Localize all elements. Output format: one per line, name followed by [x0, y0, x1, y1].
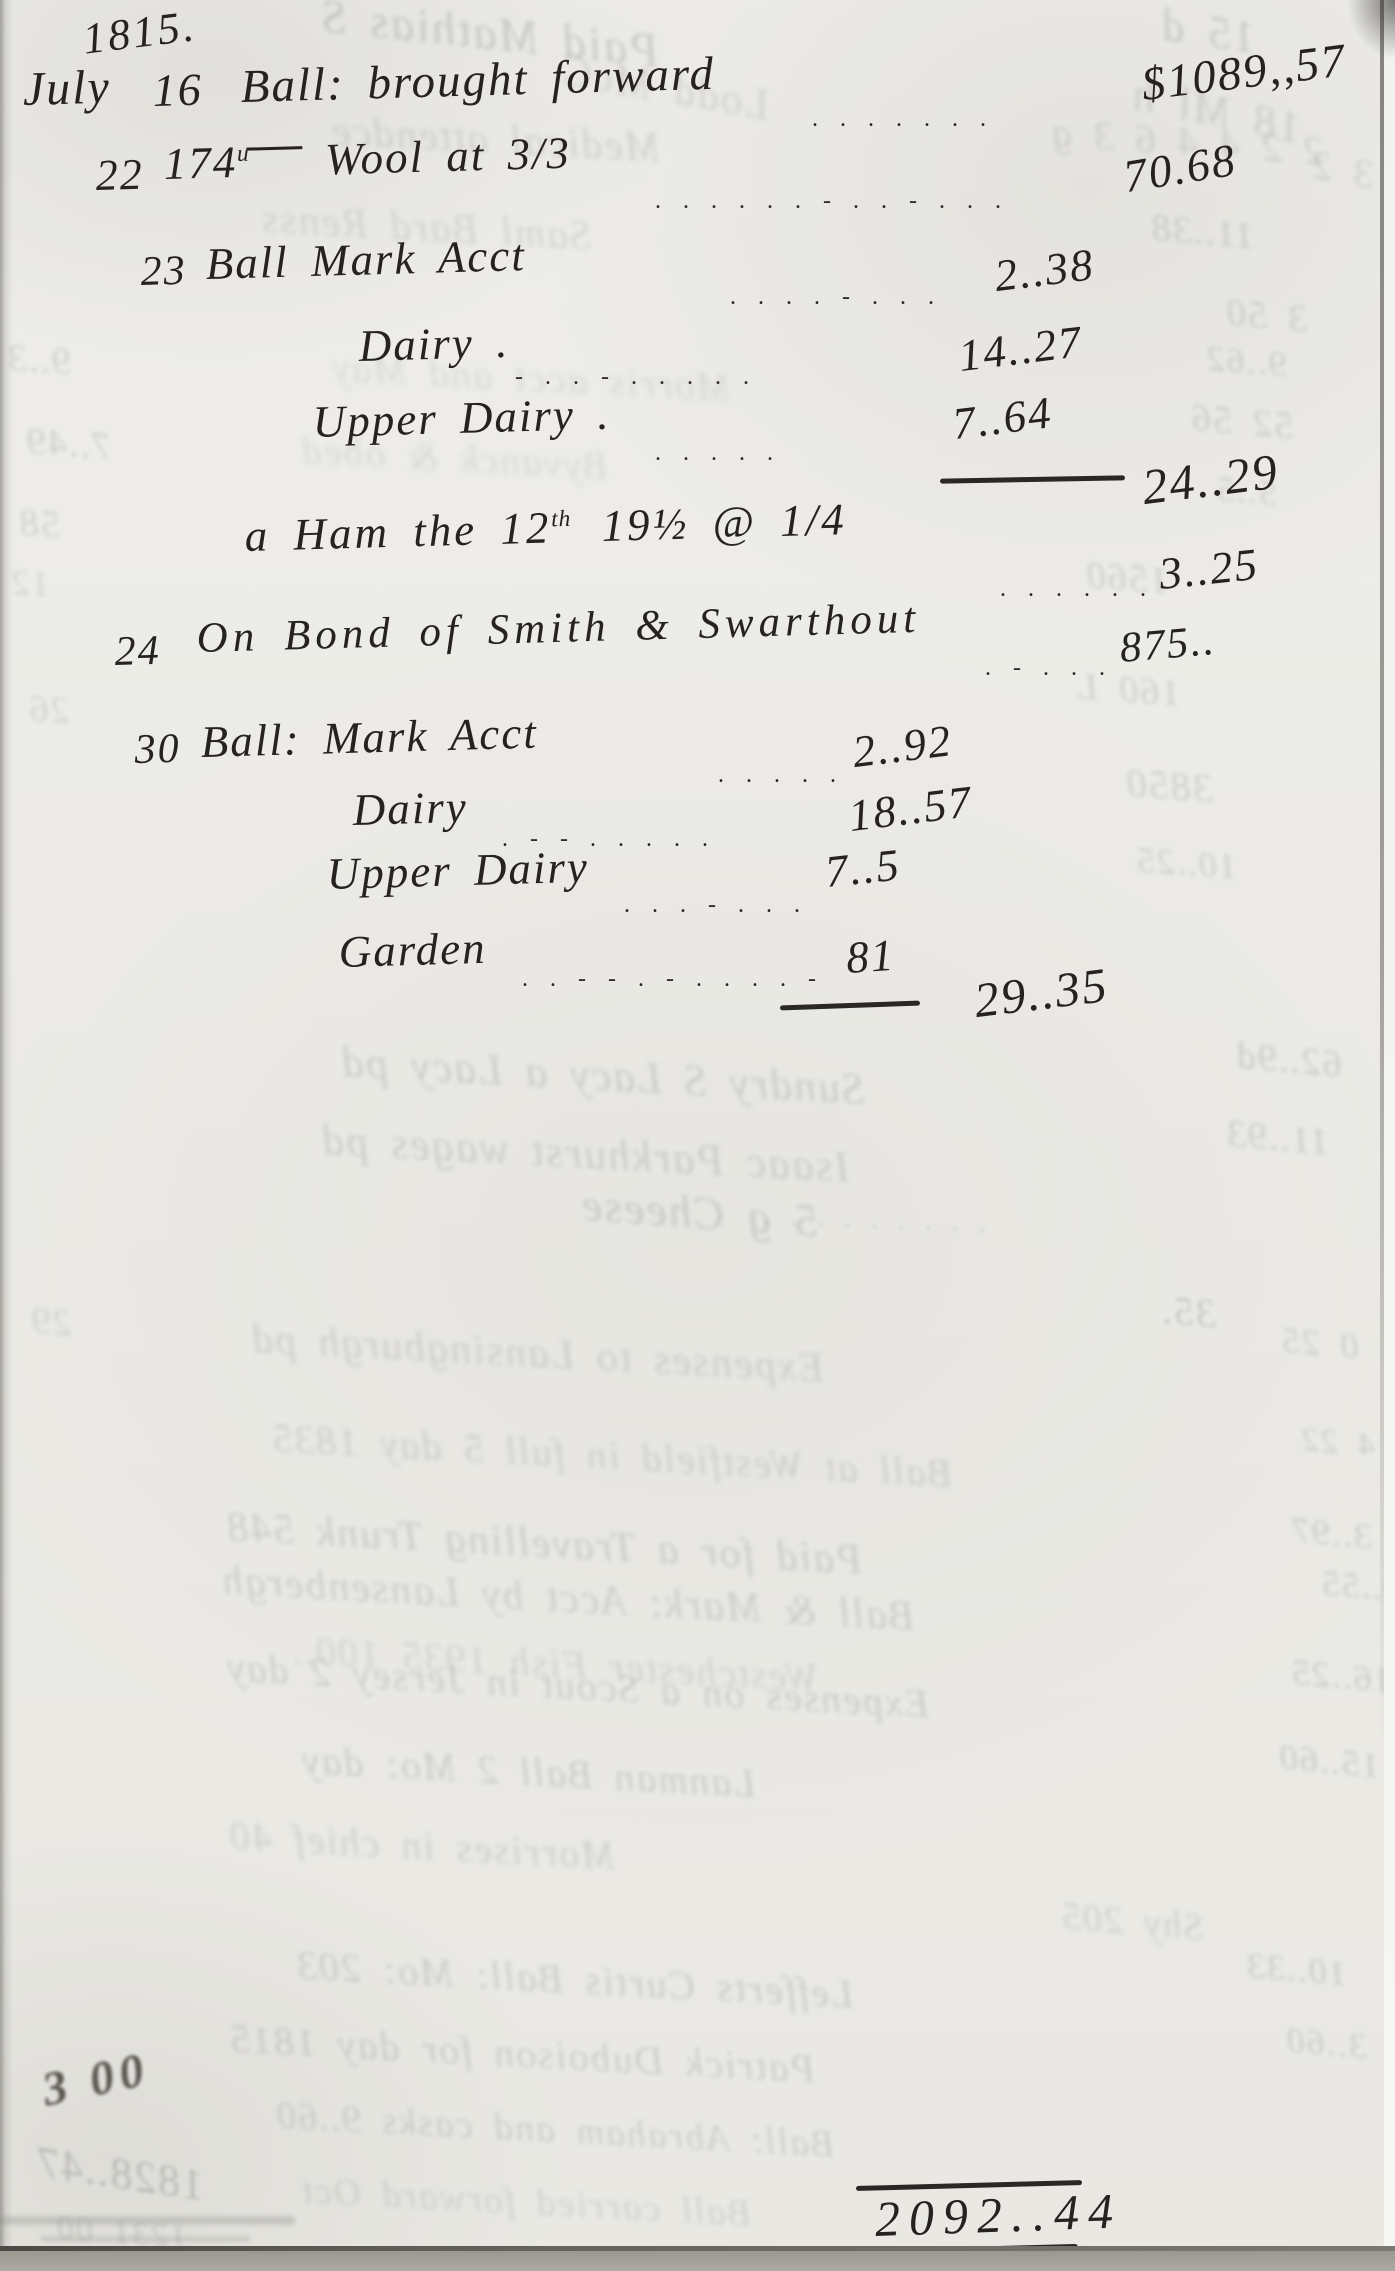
entry-description: On Bond of Smith & Swarthout — [196, 594, 921, 663]
entry-description: Upper Dairy — [326, 841, 590, 900]
entry-description: Upper Dairy . — [312, 388, 611, 448]
entry-description: 174u Wool at 3/3 — [163, 127, 572, 190]
weight-unit-mark: u — [237, 141, 250, 167]
bleedthrough-text: 3..97 — [1288, 1509, 1373, 1558]
bleedthrough-text: 26 — [27, 687, 72, 734]
entry-day: 22 — [95, 149, 144, 201]
bleedthrough-text: 29 — [29, 1299, 74, 1346]
bleedthrough-rule — [0, 2216, 295, 2225]
weight-unit-overline — [247, 146, 303, 151]
bleedthrough-text: 10..33 — [1243, 1944, 1348, 1995]
ham-description: a Ham the 12 — [244, 502, 552, 561]
entry-day: 30 — [134, 725, 181, 774]
entry-amount: 3..25 — [1157, 538, 1262, 600]
bleedthrough-text: 15..60 — [1276, 1736, 1381, 1787]
description-gap — [572, 541, 602, 542]
ledger-page: Paid Mathias SLodd McC15 d18 Ml h3 2Medi… — [0, 0, 1395, 2271]
grand-total-amount: 2092..44 — [874, 2181, 1123, 2248]
entry-amount: 14..27 — [956, 315, 1086, 382]
bleedthrough-text: 4 22 — [1298, 1421, 1377, 1465]
bleedthrough-text: 12 — [9, 561, 52, 606]
bleedthrough-text: 58 — [17, 501, 62, 548]
bleedthrough-text: Sundry S Lacy a Lacy pd — [339, 1036, 866, 1114]
bleedthrough-text: 3850 — [1123, 759, 1214, 812]
entry-amount: 81 — [844, 929, 897, 984]
subtotal-rule — [940, 475, 1125, 483]
bleedthrough-text: 1828..47 — [32, 2136, 207, 2210]
entry-amount: 18..57 — [846, 775, 976, 842]
subtotal-amount: 29..35 — [971, 956, 1111, 1029]
wool-description: Wool at 3/3 — [324, 128, 571, 185]
bleedthrough-text: 7..49 — [24, 419, 113, 469]
leader-dots: . . . . . . . . — [1000, 576, 1150, 606]
bleedthrough-text: 10..25 — [1134, 838, 1239, 887]
ordinal-suffix: th — [551, 506, 572, 533]
entry-description: a Ham the 12th19½ @ 1/4 — [244, 493, 847, 562]
bleedthrough-text: Ball carried forward Oct — [299, 2168, 752, 2236]
leader-dots: . . . . . . - . . - . . . — [655, 188, 1115, 218]
surface-below-page — [0, 2251, 1395, 2271]
bleedthrough-text: 0 25 — [1278, 1319, 1360, 1368]
entry-day: 24 — [114, 627, 161, 676]
entry-description: Ball Mark Acct — [205, 229, 526, 290]
leader-dots: . . . . . - . . - — [718, 762, 853, 792]
wool-quantity: 174 — [163, 137, 238, 189]
entry-description: Garden — [338, 922, 487, 978]
entry-description: Dairy . — [358, 316, 510, 372]
bleedthrough-text: Morrises in chief 40 — [227, 1812, 616, 1879]
bleedthrough-text: 9..3 — [5, 336, 73, 384]
bleedthrough-text: Ball at Westfield in full 5 day 1835 — [269, 1414, 954, 1497]
entry-day: 16 — [152, 63, 203, 117]
bleedthrough-text: 3..60 — [1283, 2019, 1368, 2068]
bleedthrough-text: 62..9d — [1233, 1033, 1343, 1086]
bleedthrough-text: 16..25 — [1288, 1651, 1393, 1702]
entry-amount: 7..64 — [950, 386, 1056, 450]
bleedthrough-text: Expenses to Lansingburgh pd — [249, 1315, 825, 1393]
bleedthrough-text: 9..62 — [1203, 337, 1288, 386]
bleedthrough-text: 11..38 — [1148, 206, 1256, 259]
entry-day: 23 — [140, 247, 187, 296]
page-edge-line — [1380, 0, 1384, 1750]
leader-dots: . . . . . — [655, 440, 945, 470]
entry-month: July — [22, 60, 111, 117]
leader-dots: . . . - . . . - — [624, 892, 822, 922]
entry-description: Ball: Mark Acct — [200, 707, 538, 768]
bleedthrough-text: 11..93 — [1223, 1112, 1331, 1165]
entry-description: Dairy — [352, 781, 468, 836]
bleedthrough-text: 3 50 — [1223, 290, 1309, 341]
bleedthrough-text: Ball: Abraham and casks 9..60 — [274, 2093, 836, 2166]
subtotal-rule — [780, 1001, 920, 1011]
bleedthrough-text: Patrick Duboison for day 1815 — [227, 2015, 816, 2093]
bleedthrough-text: Shy 205 — [1058, 1894, 1205, 1950]
top-right-corner-shadow — [1348, 0, 1395, 58]
bleedthrough-text: 52 56 — [1188, 396, 1295, 449]
leader-dots: . - . . . — [985, 655, 1115, 685]
entry-amount: 875.. — [1118, 616, 1218, 673]
ham-weight-price: 19½ @ 1/4 — [601, 494, 847, 551]
adjacent-page-margin — [1384, 0, 1395, 2271]
page-gutter-shadow — [0, 0, 13, 2271]
bleedthrough-rule — [40, 2236, 250, 2242]
ink-offset-smudge: 3 00 — [37, 2041, 154, 2117]
leader-dots: . . - - . - . . . . - — [522, 966, 840, 996]
year-heading: 1815. — [80, 0, 199, 65]
leader-dots: . . . . - . . . — [730, 284, 985, 314]
entry-amount: 7..5 — [823, 838, 904, 898]
leader-dots: . . . . . . . — [812, 106, 1132, 136]
bleedthrough-text: Lanman Ball 2 Mo: day — [299, 1736, 757, 1807]
bleedthrough-text: Lefferts Curtis Ball: Mo: 203 — [294, 1941, 855, 2017]
entry-amount: 2..92 — [850, 714, 956, 778]
entry-amount: 2..38 — [992, 238, 1098, 302]
bleedthrough-text: 35. — [1158, 1286, 1217, 1337]
